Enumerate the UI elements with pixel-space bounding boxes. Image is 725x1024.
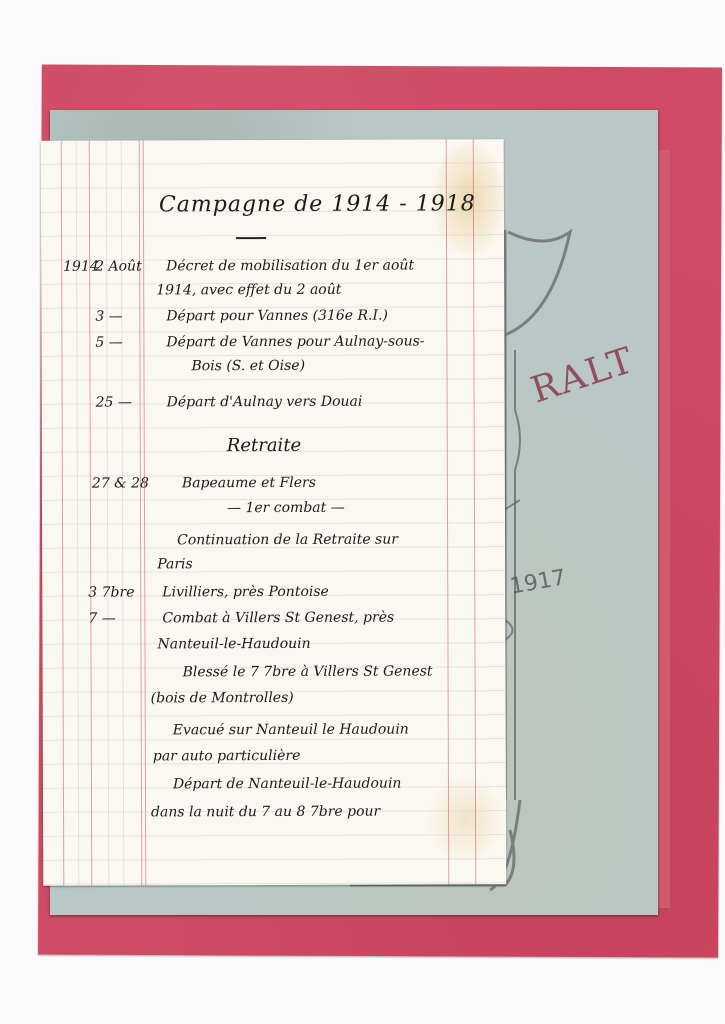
document-title: Campagne de 1914 - 1918 <box>159 191 476 217</box>
entry-text: 1914, avec effet du 2 août <box>156 282 341 299</box>
entry-text: Combat à Villers St Genest, près <box>162 610 394 627</box>
entry-date: 2 Août <box>95 258 142 274</box>
ruled-line <box>121 141 125 886</box>
entry-text: (bois de Montrolles) <box>151 690 294 706</box>
entry-text: — 1er combat — <box>227 500 345 516</box>
entry-text: par auto particulière <box>153 748 301 765</box>
entry-text: Bapeaume et Flers <box>182 475 316 491</box>
margin-line <box>89 141 93 886</box>
margin-line <box>143 140 147 885</box>
entry-date: 3 7bre <box>88 584 134 600</box>
entry-text: Evacué sur Nanteuil le Haudouin <box>173 722 409 739</box>
entry-text: Bois (S. et Oise) <box>191 358 305 374</box>
section-heading: Retraite <box>227 435 301 456</box>
entry-text: Départ de Nanteuil-le-Haudouin <box>173 776 402 793</box>
entry-text: Paris <box>157 556 193 572</box>
entry-date: 7 — <box>88 611 115 627</box>
entry-text: Continuation de la Retraite sur <box>177 532 398 549</box>
ruled-line <box>106 141 110 886</box>
entry-date: 27 & 28 <box>92 475 149 491</box>
entry-text: Départ de Vannes pour Aulnay-sous- <box>166 333 424 350</box>
title-underline <box>236 237 266 239</box>
entry-text: Livilliers, près Pontoise <box>162 584 329 601</box>
margin-line <box>61 141 65 886</box>
handwritten-sheet: Campagne de 1914 - 1918 1914 2 Août Décr… <box>41 139 507 886</box>
stain <box>426 774 506 864</box>
entry-year: 1914 <box>63 259 99 275</box>
entry-text: Nanteuil-le-Haudouin <box>157 636 310 653</box>
entry-text: Décret de mobilisation du 1er août <box>166 258 414 275</box>
margin-line <box>139 140 143 885</box>
ruled-line <box>76 141 80 886</box>
entry-date: 5 — <box>95 335 122 351</box>
entry-date: 25 — <box>96 394 132 410</box>
entry-text: Départ pour Vannes (316e R.I.) <box>166 308 388 325</box>
entry-text: Départ d'Aulnay vers Douai <box>167 394 363 411</box>
entry-date: 3 — <box>95 309 122 325</box>
entry-text: Blessé le 7 7bre à Villers St Genest <box>183 663 433 680</box>
entry-text: dans la nuit du 7 au 8 7bre pour <box>151 804 380 821</box>
